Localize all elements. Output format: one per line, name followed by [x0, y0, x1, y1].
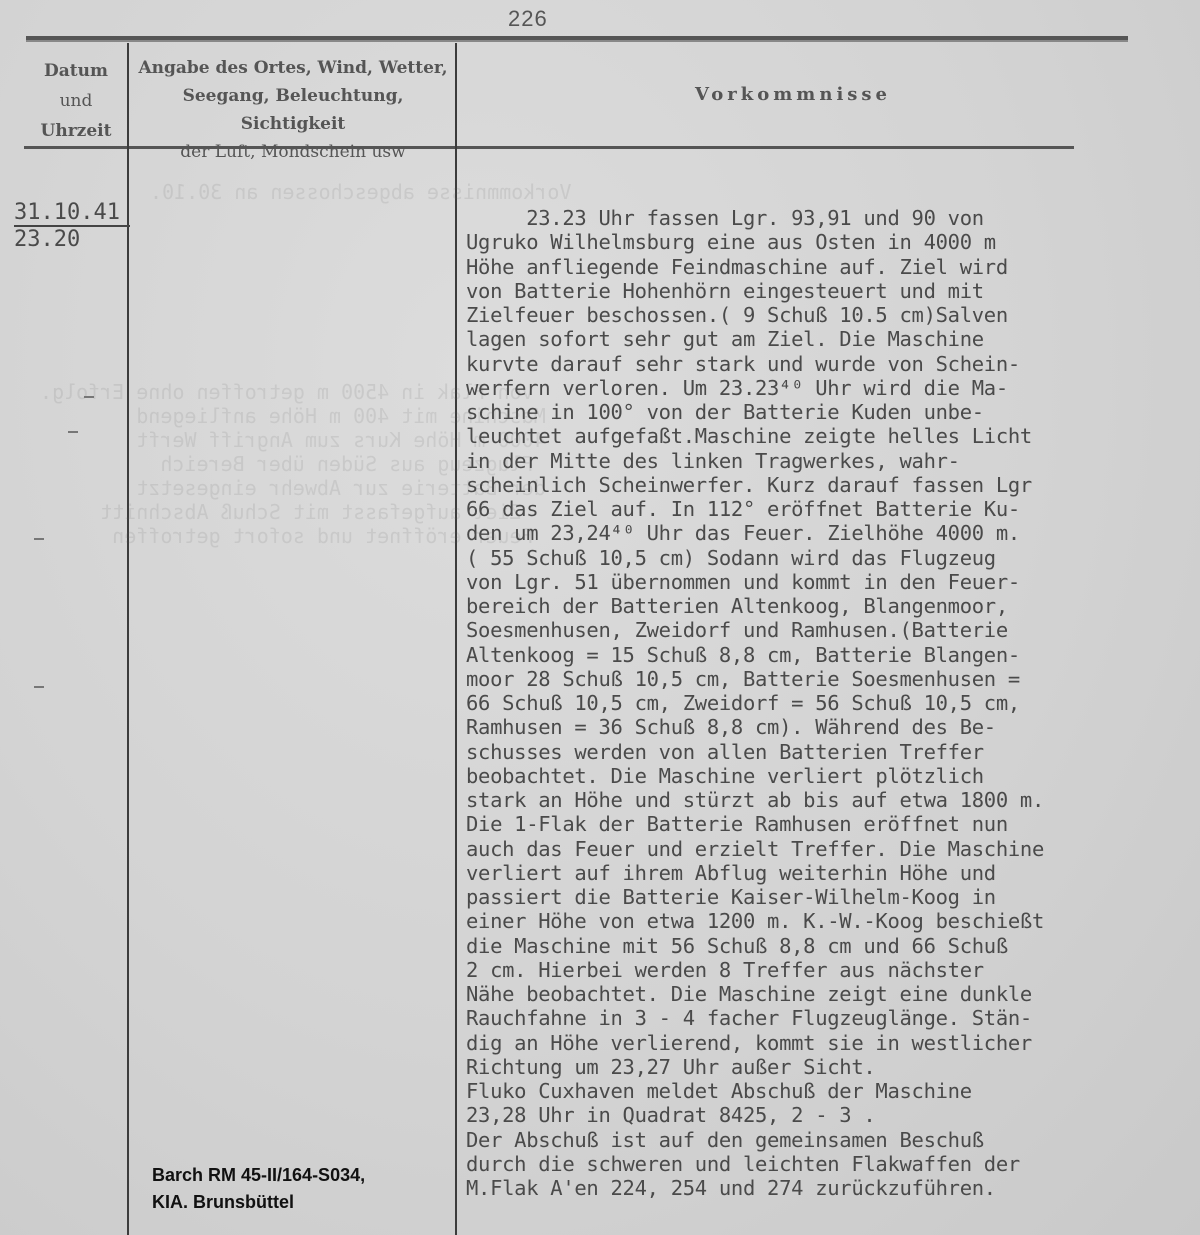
entry-line: von Batterie Hohenhörn eingesteuert und …	[466, 279, 1196, 303]
entry-line: lagen sofort sehr gut am Ziel. Die Masch…	[466, 327, 1196, 351]
entry-line: Rauchfahne in 3 - 4 facher Flugzeuglänge…	[466, 1006, 1196, 1030]
entry-line: Die 1-Flak der Batterie Ramhusen eröffne…	[466, 812, 1196, 836]
entry-line: werfern verloren. Um 23.23⁴⁰ Uhr wird di…	[466, 376, 1196, 400]
entry-date: 31.10.41	[14, 200, 130, 227]
entry-line: die Maschine mit 56 Schuß 8,8 cm und 66 …	[466, 934, 1196, 958]
top-rule	[26, 36, 1128, 42]
entry-line: beobachtet. Die Maschine verliert plötzl…	[466, 764, 1196, 788]
entry-time: 23.20	[14, 227, 80, 252]
entry-datetime: 31.10.41 23.20	[14, 200, 126, 252]
archive-label: Barch RM 45-II/164-S034, KIA. Brunsbütte…	[152, 1162, 365, 1216]
header-date-time: Datum und Uhrzeit	[26, 56, 126, 146]
entry-line: schusses werden von allen Batterien Tref…	[466, 740, 1196, 764]
bleed-through-text: Vorkommnisse abgeschossen an 30.10.	[150, 180, 571, 204]
entry-line: schine in 100° von der Batterie Kuden un…	[466, 400, 1196, 424]
entry-line: 2 cm. Hierbei werden 8 Treffer aus nächs…	[466, 958, 1196, 982]
entry-line: Der Abschuß ist auf den gemeinsamen Besc…	[466, 1128, 1196, 1152]
entry-line: verliert auf ihrem Abflug weiterhin Höhe…	[466, 861, 1196, 885]
entry-line: moor 28 Schuß 10,5 cm, Batterie Soesmenh…	[466, 667, 1196, 691]
entry-line: Fluko Cuxhaven meldet Abschuß der Maschi…	[466, 1079, 1196, 1103]
margin-mark	[68, 431, 78, 433]
archive-label-line: KIA. Brunsbüttel	[152, 1189, 365, 1216]
margin-mark	[84, 396, 94, 398]
entry-line: leuchtet aufgefaßt.Maschine zeigte helle…	[466, 424, 1196, 448]
entry-line: Höhe anfliegende Feindmaschine auf. Ziel…	[466, 255, 1196, 279]
page-number: 226	[508, 6, 548, 32]
entry-line: auch das Feuer und erzielt Treffer. Die …	[466, 837, 1196, 861]
entry-line: 23.23 Uhr fassen Lgr. 93,91 und 90 von	[466, 206, 1196, 230]
entry-line: einer Höhe von etwa 1200 m. K.-W.-Koog b…	[466, 909, 1196, 933]
entry-line: Richtung um 23,27 Uhr außer Sicht.	[466, 1055, 1196, 1079]
entry-text: 23.23 Uhr fassen Lgr. 93,91 und 90 vonUg…	[466, 206, 1196, 1200]
entry-line: scheinlich Scheinwerfer. Kurz darauf fas…	[466, 473, 1196, 497]
header-location-line: der Luft, Mondschein usw	[132, 138, 454, 166]
entry-line: ( 55 Schuß 10,5 cm) Sodann wird das Flug…	[466, 546, 1196, 570]
entry-line: Ugruko Wilhelmsburg eine aus Osten in 40…	[466, 230, 1196, 254]
entry-line: in der Mitte des linken Tragwerkes, wahr…	[466, 449, 1196, 473]
margin-mark	[34, 686, 44, 688]
header-location-line: Angabe des Ortes, Wind, Wetter,	[132, 54, 454, 82]
entry-line: 66 das Ziel auf. In 112° eröffnet Batter…	[466, 497, 1196, 521]
header-location-line: Seegang, Beleuchtung, Sichtigkeit	[132, 82, 454, 138]
archive-label-line: Barch RM 45-II/164-S034,	[152, 1162, 365, 1189]
entry-line: Nähe beobachtet. Die Maschine zeigt eine…	[466, 982, 1196, 1006]
entry-line: passiert die Batterie Kaiser-Wilhelm-Koo…	[466, 885, 1196, 909]
header-date-line: Datum	[26, 56, 126, 86]
header-events: Vorkommnisse	[458, 80, 1128, 110]
entry-line: M.Flak A'en 224, 254 und 274 zurückzufüh…	[466, 1176, 1196, 1200]
entry-line: bereich der Batterien Altenkoog, Blangen…	[466, 594, 1196, 618]
column-divider-2	[455, 43, 457, 1235]
header-date-line: Uhrzeit	[26, 116, 126, 146]
entry-line: den um 23,24⁴⁰ Uhr das Feuer. Zielhöhe 4…	[466, 521, 1196, 545]
entry-line: von Lgr. 51 übernommen und kommt in den …	[466, 570, 1196, 594]
entry-line: Soesmenhusen, Zweidorf und Ramhusen.(Bat…	[466, 618, 1196, 642]
margin-mark	[34, 538, 44, 540]
entry-line: stark an Höhe und stürzt ab bis auf etwa…	[466, 788, 1196, 812]
entry-line: dig an Höhe verlierend, kommt sie in wes…	[466, 1031, 1196, 1055]
header-location-weather: Angabe des Ortes, Wind, Wetter, Seegang,…	[132, 54, 454, 166]
entry-line: Ramhusen = 36 Schuß 8,8 cm). Während des…	[466, 715, 1196, 739]
entry-line: durch die schweren und leichten Flakwaff…	[466, 1152, 1196, 1176]
entry-line: Zielfeuer beschossen.( 9 Schuß 10.5 cm)S…	[466, 303, 1196, 327]
header-date-line: und	[26, 86, 126, 116]
entry-line: 66 Schuß 10,5 cm, Zweidorf = 56 Schuß 10…	[466, 691, 1196, 715]
entry-line: 23,28 Uhr in Quadrat 8425, 2 - 3 .	[466, 1103, 1196, 1127]
entry-line: kurvte darauf sehr stark und wurde von S…	[466, 352, 1196, 376]
entry-line: Altenkoog = 15 Schuß 8,8 cm, Batterie Bl…	[466, 643, 1196, 667]
